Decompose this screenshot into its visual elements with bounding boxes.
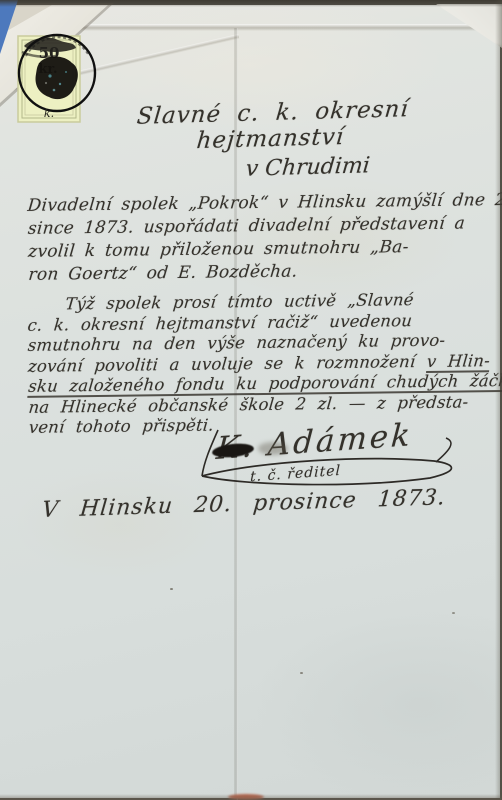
ink-smudge: [258, 442, 288, 455]
body-paragraph-2: Týž spolek prosí tímto uctivě „Slavné c.…: [27, 289, 491, 438]
salutation-line-1: Slavné c. k. okresní hejtmanství: [59, 94, 484, 158]
photo-background: 50 kr. k. Slavné c. k. okresní hejtmanst…: [0, 0, 502, 800]
blob-speck: [53, 89, 56, 92]
blob-speck: [65, 71, 67, 73]
blob-speck: [45, 82, 47, 84]
photo-edge-bottom: [0, 794, 502, 800]
salutation: Slavné c. k. okresní hejtmanství v Chrud…: [61, 94, 483, 187]
blob-speck: [48, 74, 51, 77]
stamp-bottom-mark: k.: [44, 107, 54, 120]
paper-speck: [170, 588, 173, 590]
body-paragraph-1: Divadelní spolek „Pokrok“ v Hlinsku zamý…: [27, 189, 490, 287]
photo-edge-right: [495, 0, 502, 800]
blob-speck: [59, 83, 61, 85]
photo-edge-top: [0, 0, 502, 7]
flourish-tail: [436, 438, 451, 462]
body-line-part-underlined: v Hlin-: [426, 351, 491, 373]
